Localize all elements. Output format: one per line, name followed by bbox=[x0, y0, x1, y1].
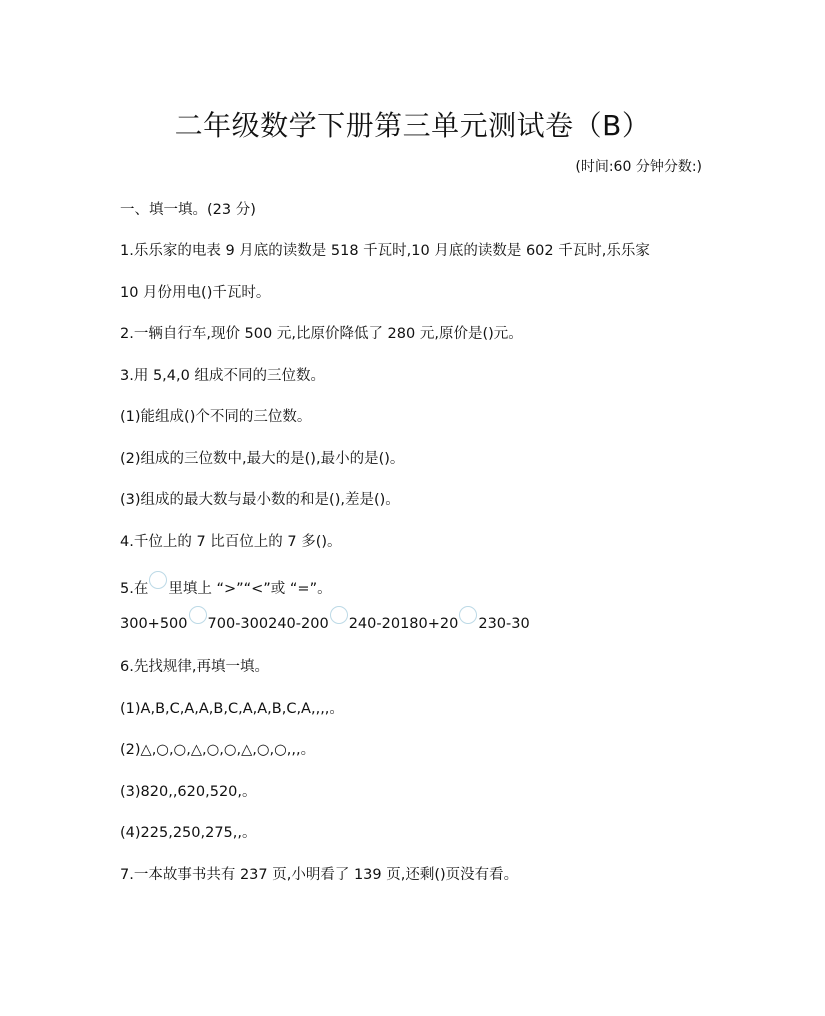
question-6-4: (4)225,250,275,,。 bbox=[120, 821, 257, 842]
question-3: 3.用 5,4,0 组成不同的三位数。 bbox=[120, 364, 325, 385]
circle-blank-icon bbox=[149, 571, 167, 589]
question-6-3: (3)820,,620,520,。 bbox=[120, 780, 257, 801]
question-3-1: (1)能组成()个不同的三位数。 bbox=[120, 405, 311, 426]
compare-a-circle-input[interactable] bbox=[189, 606, 207, 624]
question-1-line-1: 1.乐乐家的电表 9 月底的读数是 518 千瓦时,10 月底的读数是 602 … bbox=[120, 239, 650, 260]
compare-c-left: 180+20 bbox=[400, 616, 458, 632]
compare-b-circle-input[interactable] bbox=[330, 606, 348, 624]
question-6-2: (2)△,○,○,△,○,○,△,○,○,,,。 bbox=[120, 738, 315, 759]
compare-b-right: 240-20 bbox=[349, 616, 400, 632]
compare-c-circle-input[interactable] bbox=[459, 606, 477, 624]
page-title: 二年级数学下册第三单元测试卷（B） bbox=[0, 104, 825, 144]
question-6-1: (1)A,B,C,A,A,B,C,A,A,B,C,A,,,,。 bbox=[120, 697, 344, 718]
compare-a-right: 700-300 bbox=[208, 616, 269, 632]
question-5-prefix: 5.在 bbox=[120, 581, 148, 597]
question-3-2: (2)组成的三位数中,最大的是(),最小的是()。 bbox=[120, 447, 404, 468]
question-5-comparisons: 300+500700-300240-200240-20180+20230-30 bbox=[120, 606, 530, 632]
time-score-note: (时间:60 分钟分数:) bbox=[575, 156, 702, 176]
question-3-3: (3)组成的最大数与最小数的和是(),差是()。 bbox=[120, 488, 400, 509]
compare-b-left: 240-200 bbox=[268, 616, 329, 632]
compare-c-right: 230-30 bbox=[478, 616, 529, 632]
question-5: 5.在里填上 “>”“<”或 “=”。 bbox=[120, 571, 332, 598]
question-2: 2.一辆自行车,现价 500 元,比原价降低了 280 元,原价是()元。 bbox=[120, 322, 523, 343]
question-5-suffix: 里填上 “>”“<”或 “=”。 bbox=[168, 581, 331, 597]
question-7: 7.一本故事书共有 237 页,小明看了 139 页,还剩()页没有看。 bbox=[120, 863, 518, 884]
compare-a-left: 300+500 bbox=[120, 616, 188, 632]
question-4: 4.千位上的 7 比百位上的 7 多()。 bbox=[120, 530, 342, 551]
question-1-line-2: 10 月份用电()千瓦时。 bbox=[120, 281, 270, 302]
question-6: 6.先找规律,再填一填。 bbox=[120, 655, 269, 676]
section-heading: 一、填一填。(23 分) bbox=[120, 198, 256, 219]
